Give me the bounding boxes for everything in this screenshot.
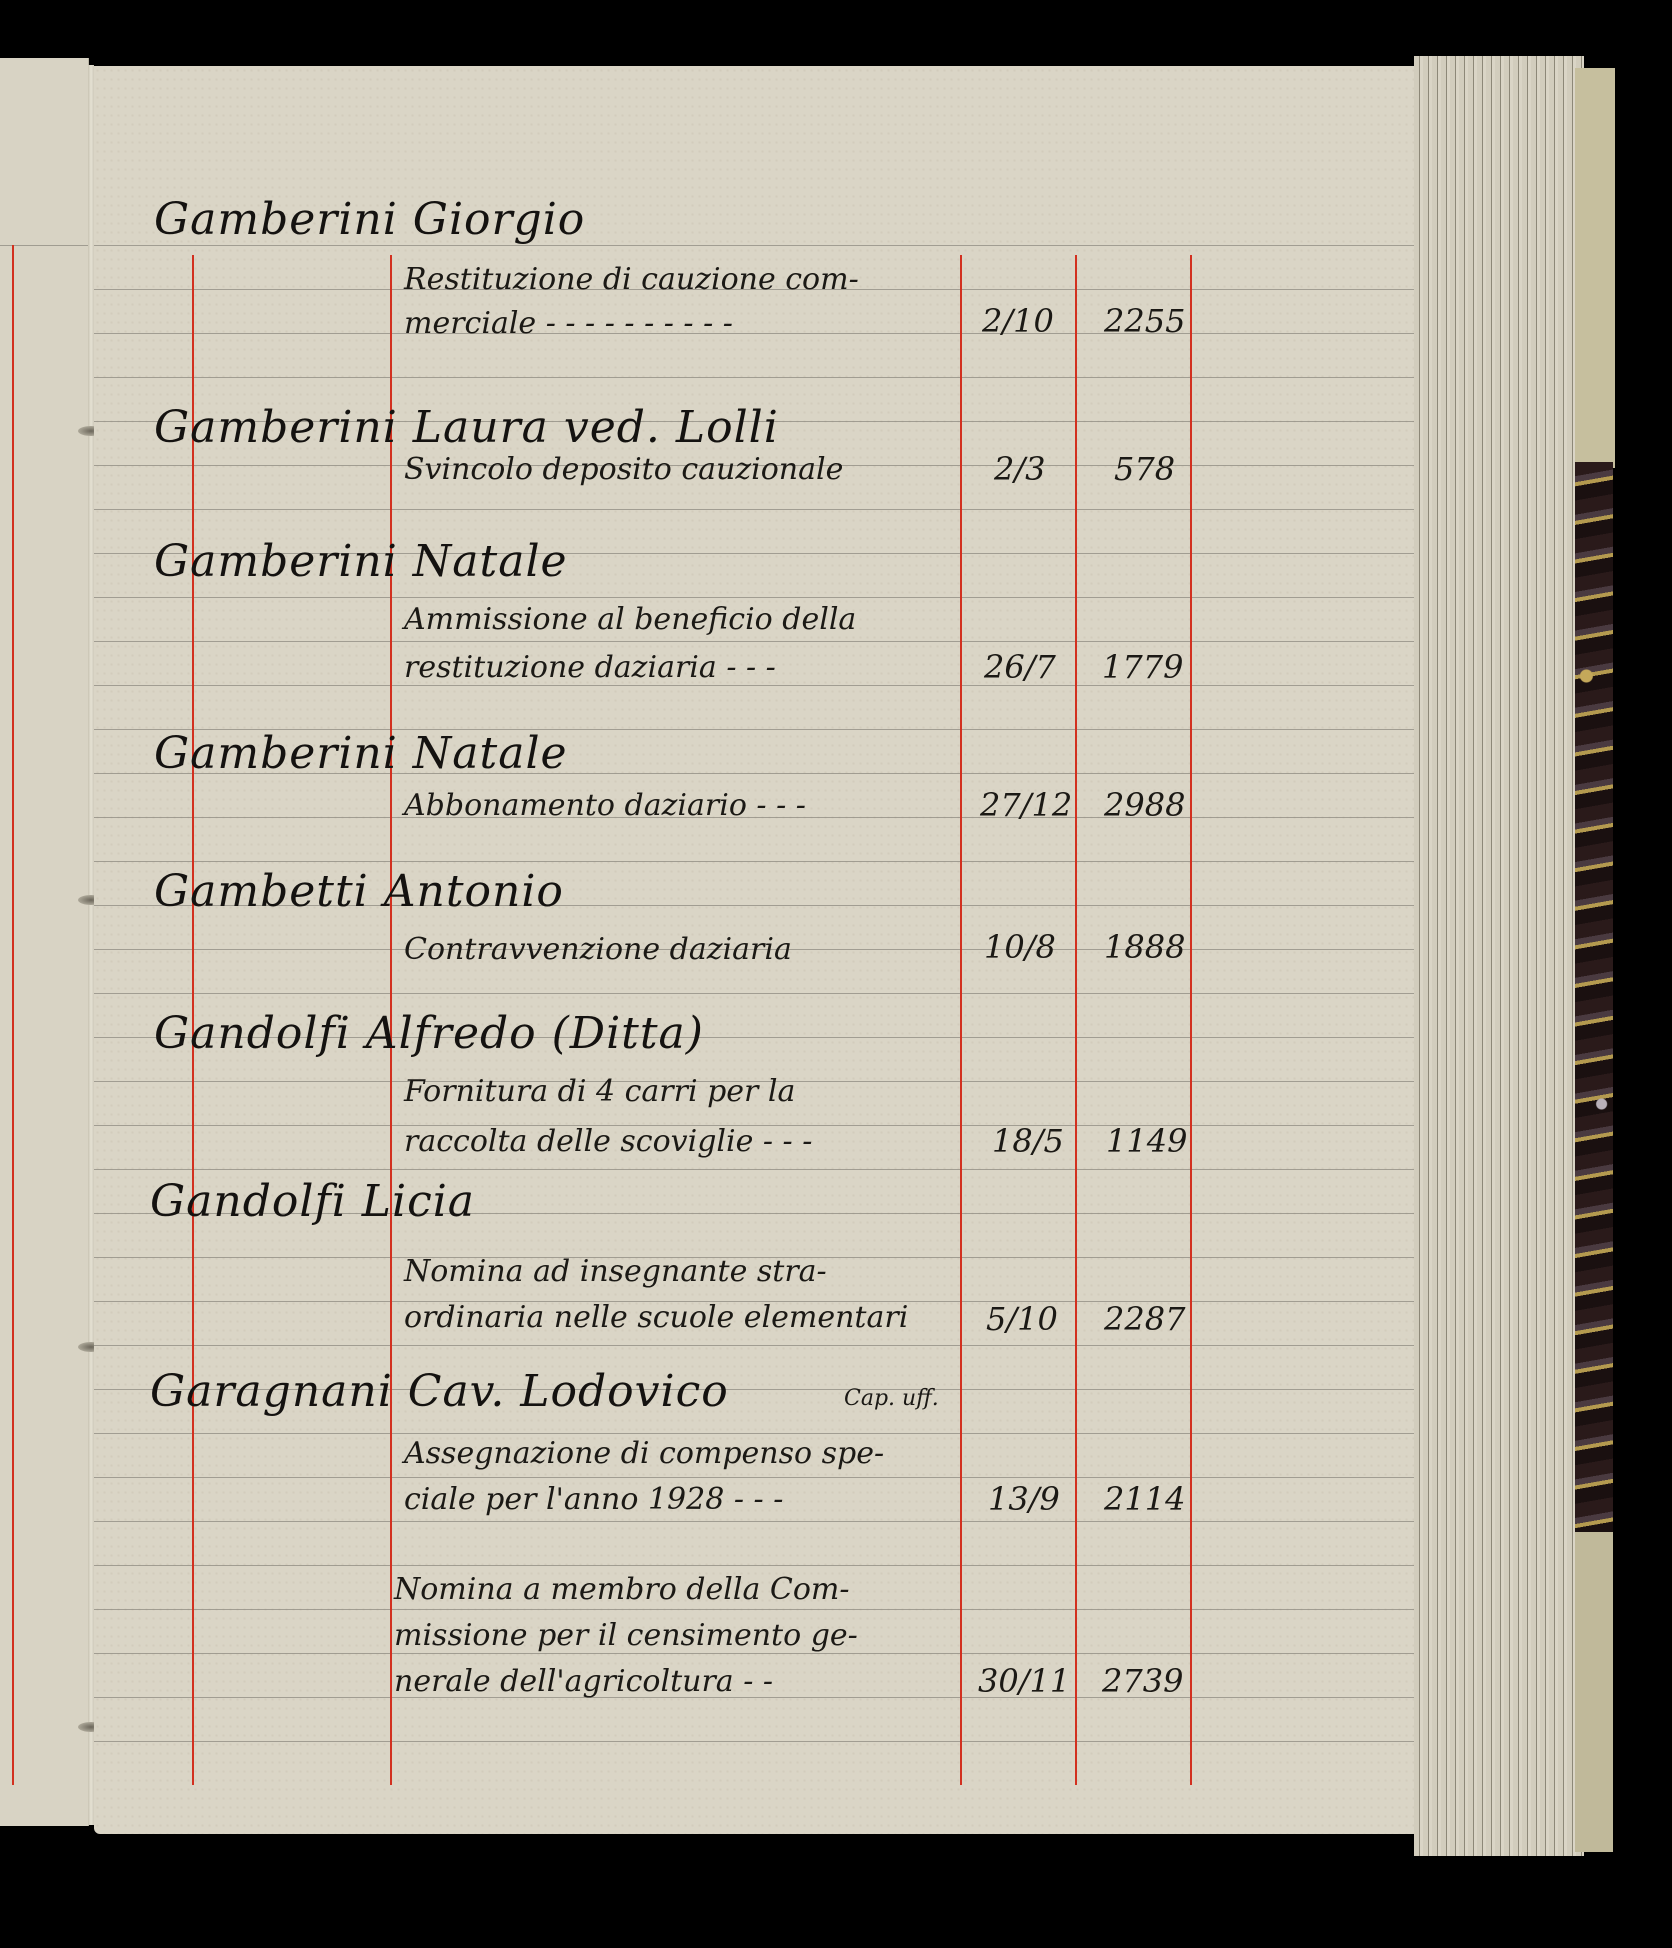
entry-number: 1888 — [1104, 928, 1185, 966]
entry-subject-line: restituzione daziaria - - - — [404, 650, 776, 685]
entry-date: 2/10 — [982, 302, 1054, 340]
entry-subject-line: raccolta delle scoviglie - - - — [404, 1124, 812, 1159]
entry-name: Gandolfi Alfredo (Ditta) — [154, 1008, 704, 1059]
entry-number: 1779 — [1102, 648, 1183, 686]
entry-name-note: Cap. uff. — [844, 1386, 939, 1411]
entry-subject-line: ciale per l'anno 1928 - - - — [404, 1482, 783, 1517]
entry-subject-line: Ammissione al beneficio della — [404, 602, 856, 637]
entry-number: 2255 — [1104, 302, 1185, 340]
stacked-page-edges — [1414, 56, 1584, 1856]
entry-subject-line: Fornitura di 4 carri per la — [404, 1074, 795, 1109]
entry-date: 30/11 — [978, 1662, 1070, 1700]
entry-subject-line: Svincolo deposito cauzionale — [404, 452, 843, 487]
entry-date: 26/7 — [984, 648, 1056, 686]
entry-number: 578 — [1114, 450, 1175, 488]
entry-date: 27/12 — [980, 786, 1072, 824]
red-column-rule-date — [960, 255, 962, 1785]
entry-number: 2988 — [1104, 786, 1185, 824]
entry-date: 18/5 — [992, 1122, 1064, 1160]
entry-name: Gamberini Natale — [154, 536, 568, 587]
leather-cover-lower — [1575, 1532, 1613, 1852]
ledger-page: Gamberini Giorgio Restituzione di cauzio… — [94, 66, 1414, 1834]
entry-number: 2739 — [1102, 1662, 1183, 1700]
red-column-rule-number — [1075, 255, 1077, 1785]
entry-subject-line: Assegnazione di compenso spe- — [404, 1436, 884, 1471]
entry-subject-line: Contravvenzione daziaria — [404, 932, 792, 967]
entry-subject-line: ordinaria nelle scuole elementari — [404, 1300, 908, 1335]
marbled-cover-board — [1575, 462, 1613, 1532]
left-page-edge — [0, 58, 89, 1826]
entry-name: Gamberini Giorgio — [154, 194, 585, 245]
entry-name: Gamberini Natale — [154, 728, 568, 779]
entry-subject-line: Nomina ad insegnante stra- — [404, 1254, 827, 1289]
entry-date: 10/8 — [984, 928, 1056, 966]
entry-number: 2114 — [1104, 1480, 1185, 1518]
red-column-rule-end — [1190, 255, 1192, 1785]
entry-subject-line: missione per il censimento ge- — [394, 1618, 858, 1653]
entry-number: 1149 — [1106, 1122, 1187, 1160]
entry-name: Garagnani Cav. Lodovico — [150, 1366, 729, 1417]
red-margin-rule — [12, 245, 14, 1785]
entry-subject-line: Abbonamento daziario - - - — [404, 788, 806, 823]
entry-subject-line: Nomina a membro della Com- — [394, 1572, 849, 1607]
entry-name: Gandolfi Licia — [150, 1176, 475, 1227]
entry-date: 2/3 — [994, 450, 1046, 488]
entry-subject-line: merciale - - - - - - - - - - — [404, 306, 733, 341]
entry-subject-line: Restituzione di cauzione com- — [404, 262, 859, 297]
entry-name: Gambetti Antonio — [154, 866, 564, 917]
leather-cover-corner — [1575, 68, 1615, 468]
entry-number: 2287 — [1104, 1300, 1185, 1338]
entry-subject-line: nerale dell'agricoltura - - — [394, 1664, 773, 1699]
entry-name: Gamberini Laura ved. Lolli — [154, 402, 779, 453]
entry-date: 13/9 — [988, 1480, 1060, 1518]
entry-date: 5/10 — [986, 1300, 1058, 1338]
